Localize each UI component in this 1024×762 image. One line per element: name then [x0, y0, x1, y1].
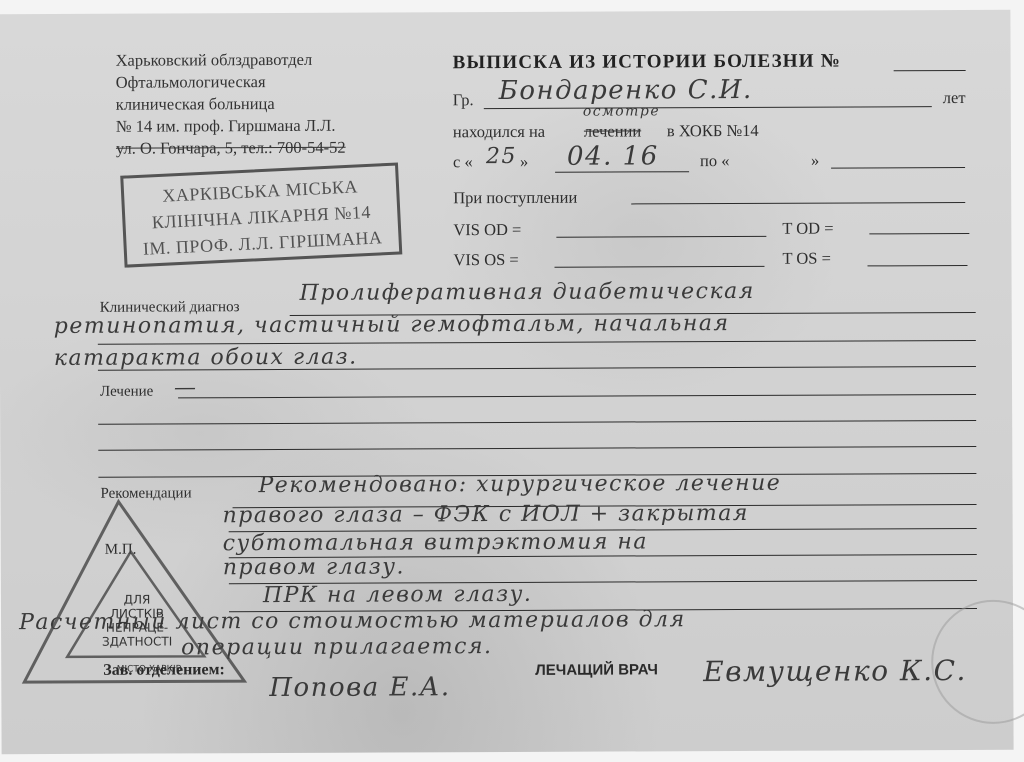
stay-inserted-text: осмотре [583, 103, 660, 119]
ruled-line [178, 394, 976, 398]
record-number-field[interactable] [894, 70, 966, 71]
admission-label: При поступлении [453, 188, 577, 209]
recommendation-line: ПРК на левом глазу. [263, 582, 533, 608]
admission-field[interactable] [631, 202, 965, 204]
diagnosis-line: Пролиферативная диабетическая [300, 279, 755, 306]
stamp-text: ДЛЯ [124, 593, 151, 607]
t-os-label: T OS = [782, 249, 831, 269]
ruled-line [98, 340, 976, 345]
round-stamp [931, 600, 1024, 725]
recommendation-line: правом глазу. [223, 554, 405, 580]
diagnosis-line: катаракта обоих глаз. [54, 345, 358, 371]
stay-suffix: в ХОКБ №14 [667, 121, 759, 141]
hospital-line: Харьковский облздравотдел [116, 49, 313, 72]
head-signature: Попова Е.А. [269, 672, 450, 703]
vis-od-field[interactable] [556, 236, 766, 238]
to-close-quote: » [811, 151, 819, 171]
stay-prefix: находился на [453, 122, 545, 142]
hospital-address: ул. О. Гончара, 5, тел.: 700-54-52 [116, 137, 346, 160]
stamp-text: ЗДАТНОСТІ [102, 634, 172, 648]
recommendation-line: субтотальная витрэктомия на [223, 529, 648, 556]
attending-doctor-label: ЛЕЧАЩИЙ ВРАЧ [535, 661, 658, 679]
hospital-line: № 14 им. проф. Гиршмана Л.Л. [116, 115, 336, 138]
to-date-field[interactable] [831, 167, 965, 169]
t-os-field[interactable] [867, 265, 967, 266]
hospital-line: Офтальмологическая [116, 71, 266, 94]
patient-name[interactable]: Бондаренко С.И. [499, 75, 753, 106]
doctor-signature: Евмущенко К.С. [703, 654, 967, 688]
head-of-department-label: Зав. отделением: [103, 661, 225, 680]
stamp-text: ЛИСТКІВ [110, 606, 164, 620]
t-od-field[interactable] [869, 233, 969, 234]
ruled-line [98, 446, 976, 451]
age-label: лет [943, 88, 966, 108]
vis-od-label: VIS OD = [453, 220, 521, 240]
patient-label: Гр. [453, 90, 474, 110]
treatment-label: Лечение [100, 384, 153, 401]
recommendation-line: правого глаза – ФЭК с ИОЛ + закрытая [223, 501, 749, 528]
diagnosis-line: ретинопатия, частичный гемофтальм, начал… [54, 311, 730, 339]
hospital-stamp: ХАРКІВСЬКА МІСЬКА КЛІНІЧНА ЛІКАРНЯ №14 І… [120, 162, 402, 267]
from-label: с « [453, 152, 473, 172]
recommendation-line: Рекомендовано: хирургическое лечение [258, 471, 781, 498]
document-title: ВЫПИСКА ИЗ ИСТОРИИ БОЛЕЗНИ № [453, 51, 841, 75]
vis-os-label: VIS OS = [453, 250, 518, 270]
t-od-label: T OD = [782, 219, 833, 239]
to-label: по « [700, 151, 730, 171]
stay-struck-text: лечении [584, 121, 641, 141]
from-close-quote: » [520, 152, 528, 172]
hospital-header: Харьковский облздравотдел Офтальмологиче… [0, 10, 1010, 14]
ruled-line [98, 420, 976, 425]
from-date[interactable]: 04. 16 [567, 141, 659, 171]
stamp-text: НЕПРАЦЕ- [106, 620, 168, 634]
vis-os-field[interactable] [554, 266, 764, 268]
patient-name-line [484, 106, 932, 109]
from-date-line [555, 171, 689, 173]
discharge-document: Харьковский облздравотдел Офтальмологиче… [0, 10, 1014, 754]
hospital-line: клиническая больница [116, 93, 275, 116]
from-day[interactable]: 25 [486, 144, 517, 169]
